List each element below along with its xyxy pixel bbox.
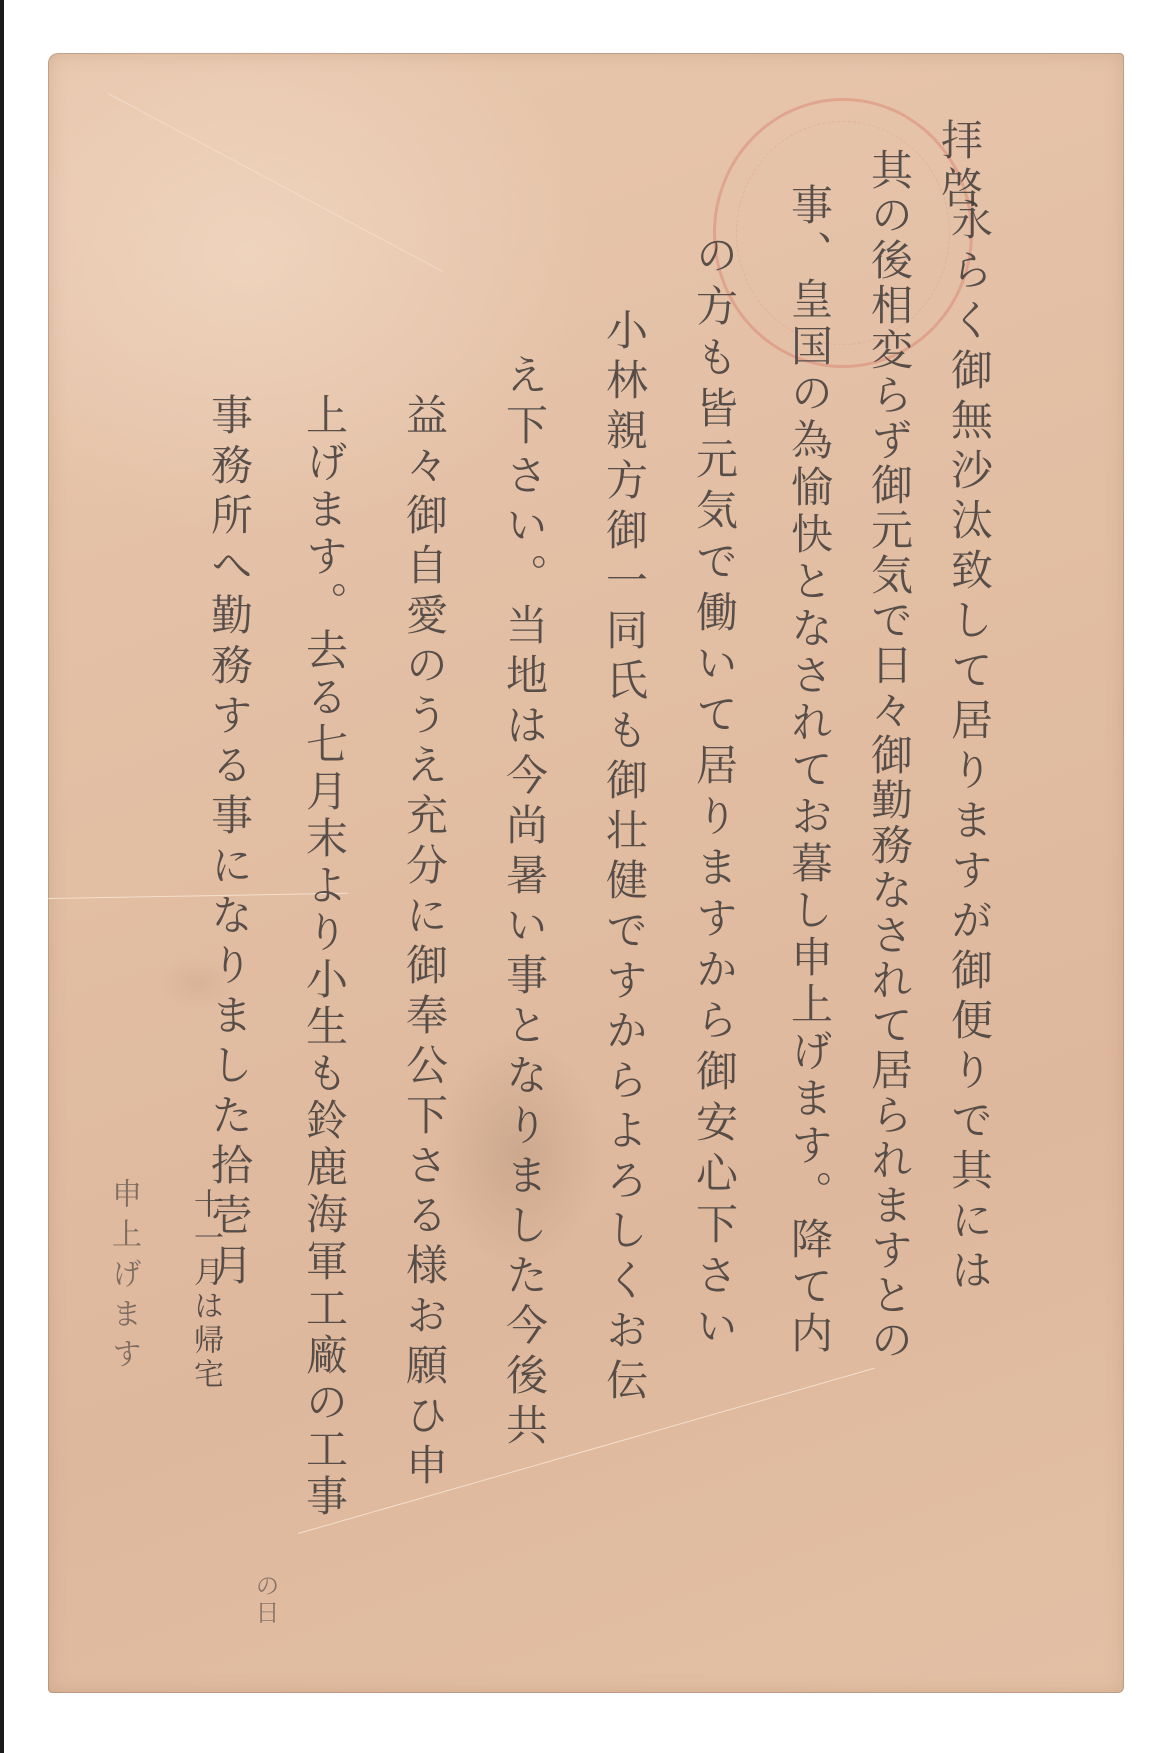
letter-column-2: 永らく御無沙汰致して居りますが御便りで其には	[948, 198, 990, 1298]
side-annotation: の日	[253, 1573, 277, 1627]
letter-column-12-closing: 申上げます	[108, 1178, 138, 1378]
paper-crease	[298, 1368, 875, 1534]
letter-column-7: え下さい。当地は今尚暑い事となりました今後共	[503, 353, 545, 1453]
paper-crease	[108, 93, 444, 272]
letter-column-8: 益々御自愛のうえ充分に御奉公下さる様お願ひ申	[403, 393, 445, 1493]
scan-edge	[0, 0, 4, 1753]
letter-column-6: 小林親方御一同氏も御壮健ですからよろしくお伝	[603, 308, 645, 1408]
letter-column-4: 事、皇国の為愉快となされてお暮し申上げます。降て内	[788, 183, 830, 1358]
letter-column-10: 事務所へ勤務する事になりました拾壱月	[208, 393, 250, 1293]
postcard: 拝啓 永らく御無沙汰致して居りますが御便りで其には 其の後相変らず御元気で日々御…	[48, 53, 1124, 1693]
red-postmark-stamp	[713, 98, 973, 368]
letter-column-11-return-note: 十一月は帰宅	[190, 1188, 220, 1392]
letter-column-5: の方も皆元気で働いて居りますから御安心下さい	[693, 233, 735, 1355]
letter-column-9: 上げます。去る七月末より小生も鈴鹿海軍工廠の工事	[303, 393, 345, 1521]
letter-column-3: 其の後相変らず御元気で日々御勤務なされて居られますとの	[868, 148, 910, 1363]
postmark-inner-ring	[736, 121, 950, 345]
